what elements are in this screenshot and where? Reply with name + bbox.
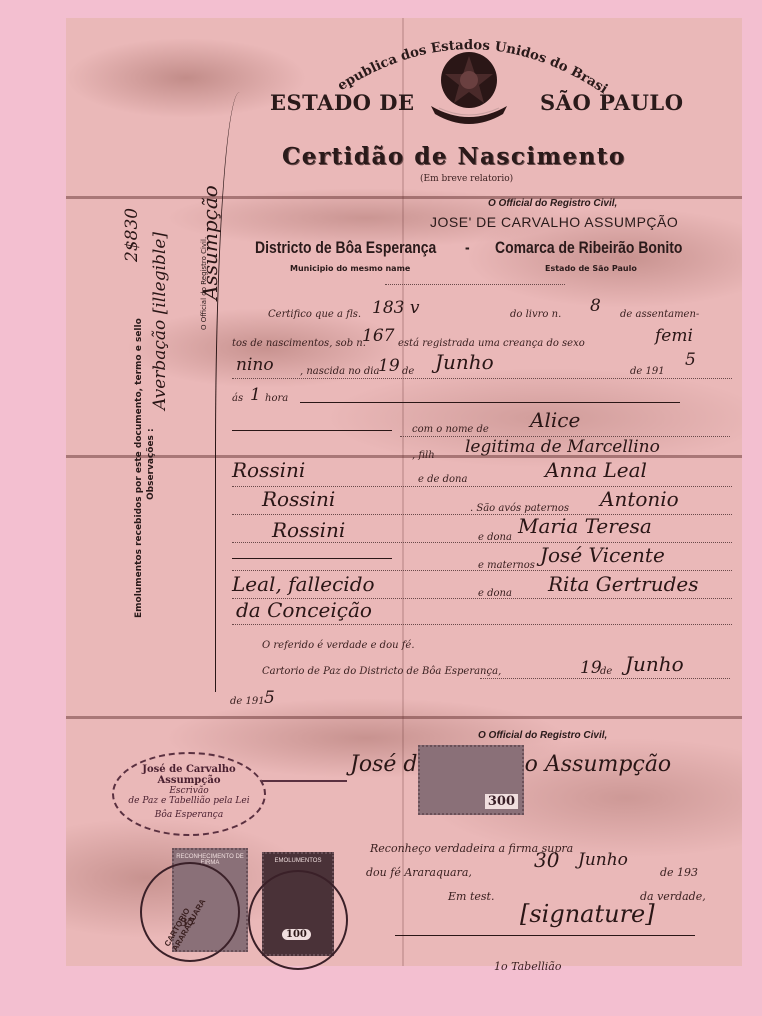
field-avo-materna: Rita Gertrudes <box>548 572 699 596</box>
recognition-mes: Junho <box>578 850 628 870</box>
field-avo-paterna: Maria Teresa <box>518 514 652 538</box>
district-separator: - <box>465 238 470 258</box>
field-nome: Alice <box>530 408 580 432</box>
cartorio-postmark: CARTORIO ARARAQUARA 37 <box>140 862 240 962</box>
field-avo-paterno: Antonio <box>600 487 679 511</box>
field-hora: 1 <box>250 385 261 405</box>
field-avo-materno-sobrenome: Leal, fallecido <box>232 572 375 596</box>
brazil-coat-of-arms-icon <box>425 48 513 126</box>
tax-stamp: 300 <box>418 745 524 815</box>
field-numero: 167 <box>362 326 394 346</box>
field-pai-sobrenome: Rossini <box>232 458 305 482</box>
fold-line <box>66 196 742 199</box>
closing-mes: Junho <box>625 652 684 676</box>
field-filiacao: legitima de Marcellino <box>465 437 660 457</box>
fold-line <box>66 716 742 719</box>
closing-official-label: O Official do Registro Civil, <box>478 730 607 741</box>
field-avo-paterna-sobrenome: Rossini <box>272 518 345 542</box>
district-name: Districto de Bôa Esperança <box>255 238 436 258</box>
estado-right: SÃO PAULO <box>540 90 684 115</box>
field-sexo-2: nino <box>236 355 274 375</box>
field-avo-materna-sobrenome: da Conceição <box>236 598 372 622</box>
closing-ano: 5 <box>264 688 275 708</box>
closing-dia: 19 <box>580 658 602 678</box>
estado-left: ESTADO DE <box>270 90 414 115</box>
field-livro: 8 <box>590 296 601 316</box>
comarca-name: Comarca de Ribeirão Bonito <box>495 238 682 258</box>
estado-label: Estado de São Paulo <box>545 264 637 273</box>
cartorio-postmark-2 <box>248 870 348 970</box>
field-avo-materno: José Vicente <box>540 543 665 567</box>
closing-line1: O referido é verdade e dou fé. <box>262 640 415 651</box>
tabeliao-signature: [signature] <box>520 900 655 928</box>
officer-name: JOSE' DE CARVALHO ASSUMPÇÃO <box>430 214 678 230</box>
field-ano: 5 <box>685 350 696 370</box>
observacoes-value: Averbação [illegible] <box>150 232 170 410</box>
field-mae: Anna Leal <box>545 458 647 482</box>
field-mes: Junho <box>435 350 494 374</box>
oval-notary-stamp: José de Carvalho Assumpção Escrivão de P… <box>112 752 266 836</box>
field-dia: 19 <box>378 356 400 376</box>
field-avo-paterno-sobrenome: Rossini <box>262 487 335 511</box>
observacoes-label: Observações : <box>146 428 156 500</box>
emolumentos-value: 2$830 <box>122 208 142 262</box>
municipio-label: Municipio do mesmo name <box>290 264 410 273</box>
tabeliao-label: 1o Tabellião <box>494 960 561 973</box>
field-sexo-1: femi <box>655 326 693 346</box>
field-fls: 183 v <box>372 298 419 318</box>
document-subtitle: (Em breve relatorio) <box>420 174 513 184</box>
stamp-arrow <box>262 780 347 782</box>
document-title: Certidão de Nascimento <box>282 143 626 170</box>
official-label: O Official do Registro Civil, <box>488 198 617 209</box>
emolumentos-label: Emolumentos recebidos por este documento… <box>134 318 144 618</box>
recognition-dia: 30 <box>534 848 559 872</box>
